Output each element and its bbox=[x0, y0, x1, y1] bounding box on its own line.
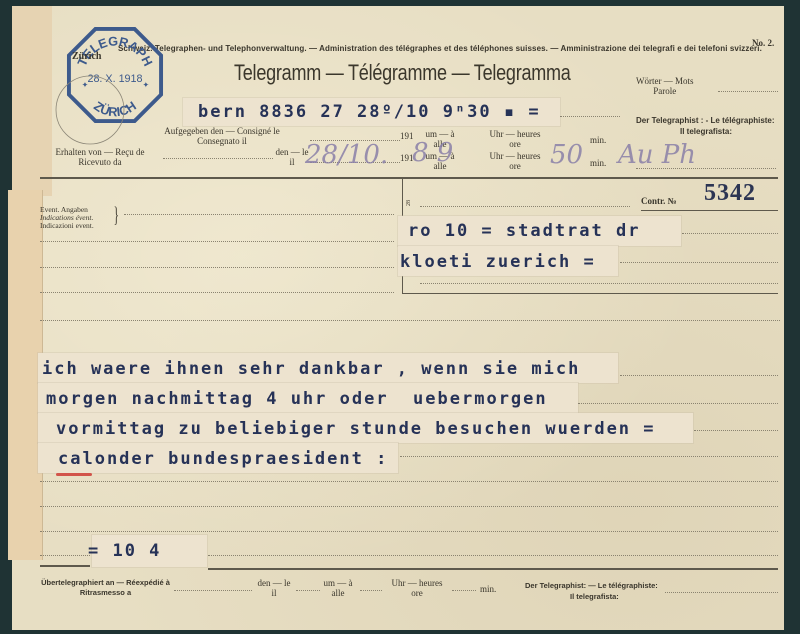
dotted-line bbox=[560, 116, 620, 117]
dotted-line bbox=[208, 555, 778, 556]
handwritten-minutes: 50 bbox=[550, 140, 583, 170]
word-count-tape: = 10 4 bbox=[88, 541, 161, 561]
stamp-overprint: Zürich bbox=[72, 52, 101, 62]
footer-telegraphist-field bbox=[665, 592, 778, 593]
dotted-line bbox=[40, 555, 90, 556]
received-from-field bbox=[163, 158, 273, 159]
message-line-1: ich waere ihnen sehr dankbar , wenn sie … bbox=[42, 359, 580, 379]
dotted-line bbox=[420, 206, 630, 207]
dotted-line bbox=[620, 375, 778, 376]
received-hour-label: Uhr — heures ore bbox=[480, 151, 550, 171]
word-count-label: Wörter — Mots Parole bbox=[636, 76, 694, 96]
event-indications-label: Event. Angaben Indications évent. Indica… bbox=[40, 206, 94, 230]
footer-telegraphist-label-it: Il telegrafista: bbox=[570, 592, 619, 602]
consigned-hour-label: Uhr — heures ore bbox=[480, 129, 550, 149]
dotted-line bbox=[578, 403, 778, 404]
handwritten-hour: 8 9 bbox=[412, 138, 453, 168]
svg-text:✦: ✦ bbox=[142, 81, 149, 90]
min-label: min. bbox=[590, 135, 606, 145]
telegraphist-label-it: Il telegrafista: bbox=[680, 127, 732, 137]
control-number: 5342 bbox=[704, 180, 756, 207]
footer-min-label: min. bbox=[480, 584, 496, 594]
footer-hour-label: Uhr — heures ore bbox=[382, 578, 452, 598]
dotted-line bbox=[40, 241, 394, 242]
received-from-label: Erhalten von — Reçu de Ricevuto da bbox=[40, 147, 160, 167]
faint-circle-stamp-icon bbox=[50, 75, 130, 145]
message-line-3: vormittag zu beliebiger stunde besuchen … bbox=[56, 419, 656, 439]
control-underline bbox=[641, 210, 778, 211]
handwritten-initials: Au Ph bbox=[618, 140, 696, 170]
retransmitted-label: Übertelegraphiert an — Réexpédié à Ritra… bbox=[38, 578, 173, 598]
dotted-line bbox=[40, 320, 780, 321]
control-label: Contr. № bbox=[641, 196, 677, 206]
footer-time-field bbox=[360, 590, 382, 591]
dotted-line bbox=[40, 506, 778, 507]
signature-line: calonder bundespraesident : bbox=[58, 449, 388, 469]
dotted-line bbox=[40, 267, 394, 268]
address-line-1: ro 10 = stadtrat dr bbox=[408, 221, 640, 241]
address-box-bottom bbox=[402, 293, 778, 294]
footer-time-label: um — à alle bbox=[318, 578, 358, 598]
dotted-line bbox=[682, 233, 778, 234]
dotted-line bbox=[400, 456, 778, 457]
side-marker: 28 bbox=[404, 200, 414, 206]
brace: } bbox=[114, 204, 119, 226]
section-divider bbox=[40, 565, 90, 567]
section-divider bbox=[208, 568, 778, 570]
address-line-2: kloeti zuerich = bbox=[400, 252, 596, 272]
footer-date-label: den — le il bbox=[252, 578, 296, 598]
red-underline-mark bbox=[56, 473, 92, 476]
page-title: Telegramm — Télégramme — Telegramma bbox=[234, 60, 571, 86]
event-field bbox=[124, 214, 394, 215]
footer-hour-field bbox=[452, 590, 476, 591]
section-divider bbox=[40, 177, 778, 179]
dotted-line bbox=[420, 283, 778, 284]
footer-telegraphist-label: Der Telegraphist: — Le télégraphiste: bbox=[525, 581, 658, 591]
torn-edge bbox=[12, 6, 52, 196]
dotted-line bbox=[40, 481, 778, 482]
handwritten-date: 28/10. bbox=[305, 140, 388, 170]
administration-line: Schweiz. Telegraphen- und Telephonverwal… bbox=[118, 44, 762, 53]
word-count-field bbox=[718, 91, 778, 92]
consigned-label: Aufgegeben den — Consigné le Consegnato … bbox=[142, 126, 302, 146]
telegraphist-label: Der Telegraphist : - Le télégraphiste: bbox=[636, 116, 775, 126]
footer-date-field bbox=[296, 590, 320, 591]
dotted-line bbox=[620, 262, 778, 263]
dotted-line bbox=[40, 292, 394, 293]
dotted-line bbox=[40, 531, 778, 532]
message-line-2: morgen nachmittag 4 uhr oder uebermorgen bbox=[46, 389, 548, 409]
min-label: min. bbox=[590, 158, 606, 168]
dotted-line bbox=[694, 430, 778, 431]
retransmitted-field bbox=[174, 590, 252, 591]
tape-header: bern 8836 27 28º/10 9ⁿ30 ▪ = bbox=[198, 102, 541, 122]
form-number: No. 2. bbox=[752, 38, 774, 48]
